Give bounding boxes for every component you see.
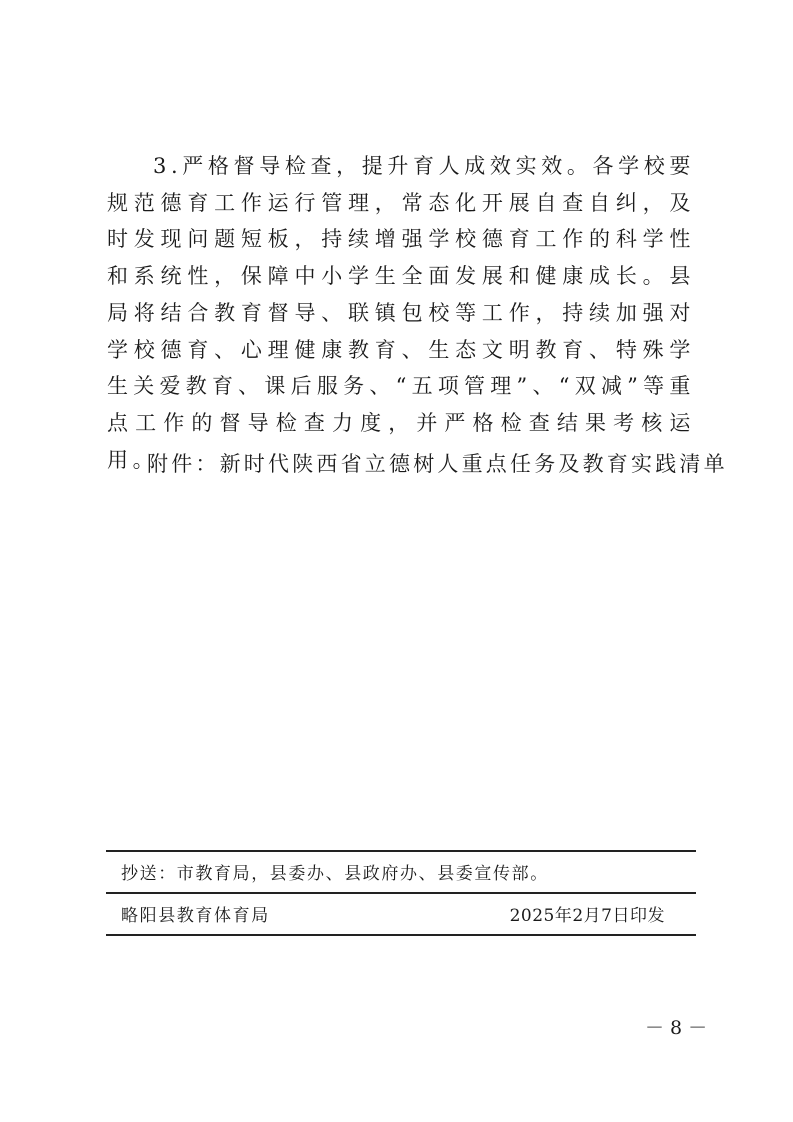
page-number: － 8 － — [645, 1013, 707, 1040]
issuer: 略阳县教育体育局 — [121, 901, 270, 926]
attachment-line: 附件：新时代陕西省立德树人重点任务及教育实践清单 — [147, 446, 728, 482]
footer-rule-bottom — [106, 934, 696, 936]
body-paragraph: 3.严格督导检查，提升育人成效实效。各学校要规范德育工作运行管理，常态化开展自查… — [107, 148, 695, 478]
footer-rule-middle — [106, 892, 696, 894]
issue-date: 2025年2月7日印发 — [510, 901, 665, 926]
footer-rule-top — [106, 850, 696, 852]
cc-line: 抄送：市教育局，县委办、县政府办、县委宣传部。 — [121, 859, 549, 884]
